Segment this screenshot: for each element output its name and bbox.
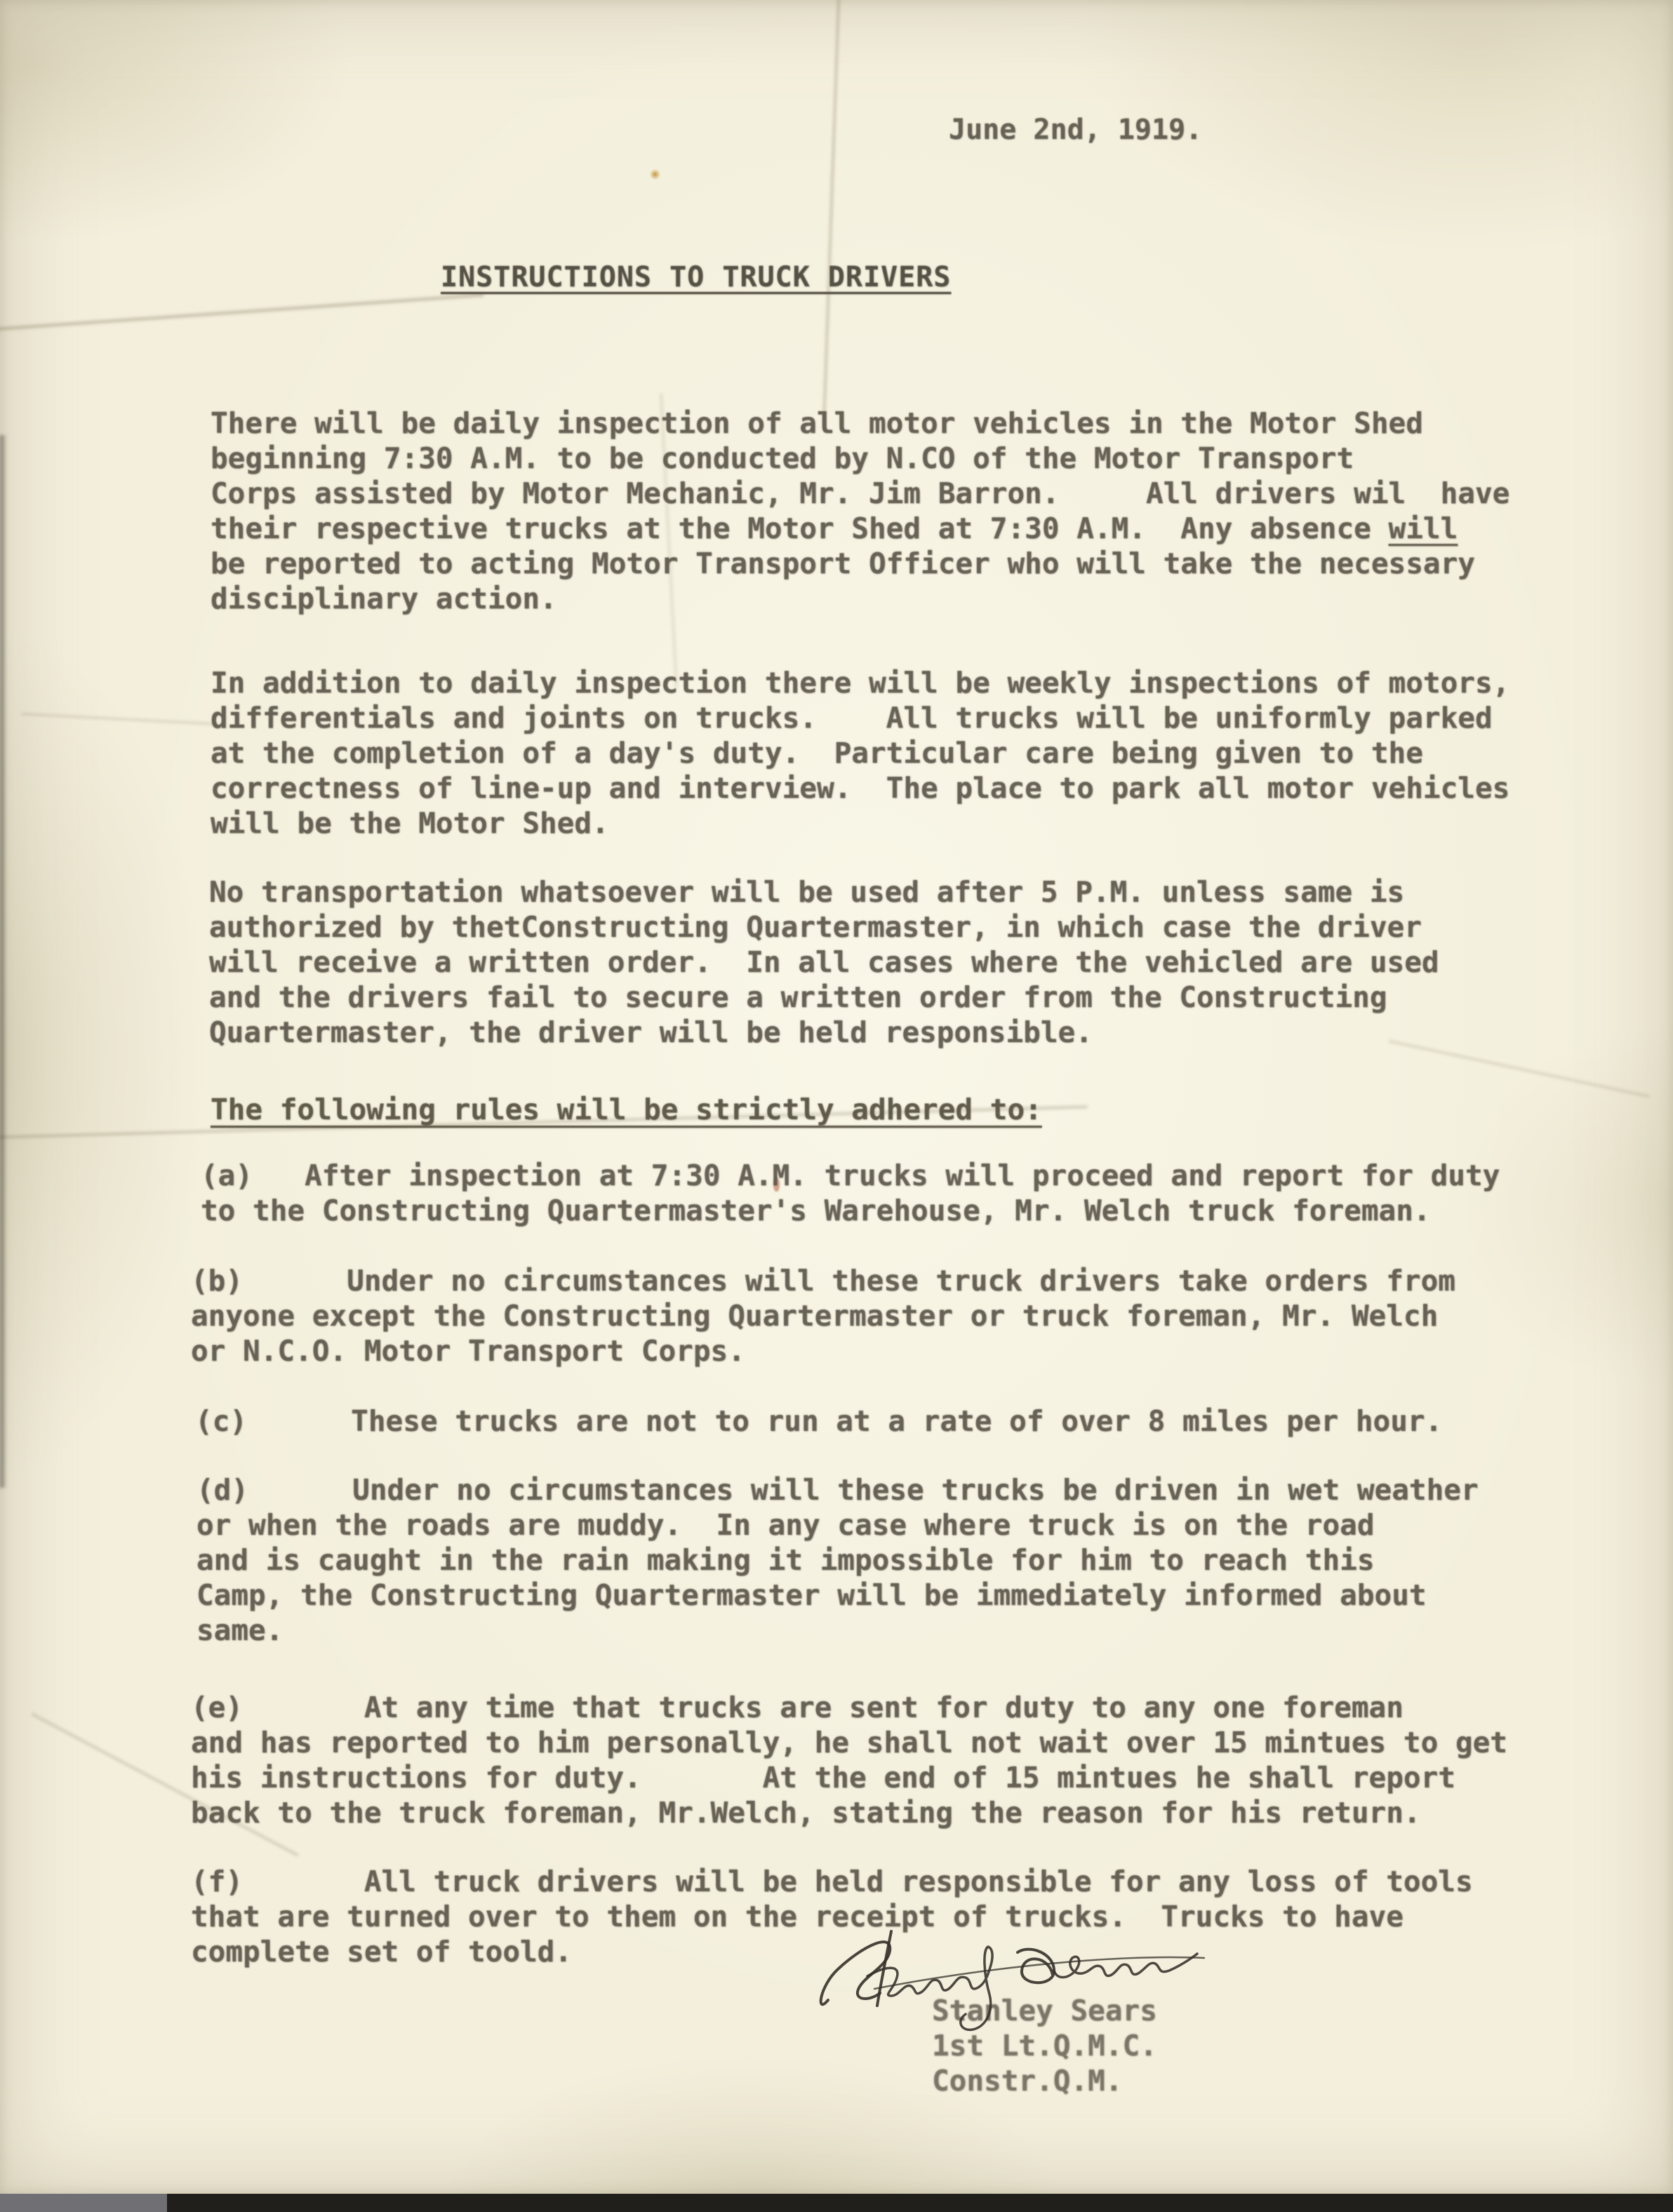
rule-f: (f) All truck drivers will be held respo… (191, 1864, 1473, 1969)
paragraph-weekly-inspection: In addition to daily inspection there wi… (211, 665, 1509, 841)
typed-line: authorized by thetConstructing Quarterma… (209, 910, 1439, 945)
typed-line: (f) All truck drivers will be held respo… (191, 1864, 1473, 1899)
typed-line: (b) Under no circumstances will these tr… (191, 1263, 1455, 1298)
typed-line: (a) After inspection at 7:30 A.M. trucks… (201, 1158, 1500, 1193)
paper-crease (21, 712, 218, 726)
typed-line: their respective trucks at the Motor She… (211, 511, 1509, 546)
typed-line: be reported to acting Motor Transport Of… (211, 546, 1509, 581)
rules-intro-line: The following rules will be strictly adh… (211, 1092, 1042, 1127)
signature-typed-block: Stanley Sears1st Lt.Q.M.C.Constr.Q.M. (932, 1993, 1157, 2098)
paragraph-transportation: No transportation whatsoever will be use… (209, 874, 1439, 1050)
typed-line: same. (196, 1613, 1479, 1648)
typed-line: differentials and joints on trucks. All … (211, 700, 1509, 735)
rule-b: (b) Under no circumstances will these tr… (191, 1263, 1455, 1368)
paragraph-daily-inspection: There will be daily inspection of all mo… (211, 406, 1509, 616)
typed-line: and is caught in the rain making it impo… (196, 1543, 1479, 1578)
typed-line: disciplinary action. (211, 581, 1509, 616)
typed-line: or N.C.O. Motor Transport Corps. (191, 1333, 1455, 1368)
paper-edge-shadow (0, 435, 7, 1488)
typed-line: Stanley Sears (932, 1993, 1157, 2028)
stain-mark (650, 168, 660, 180)
typed-line: Quartermaster, the driver will be held r… (209, 1015, 1439, 1050)
typed-line: and has reported to him personally, he s… (191, 1725, 1507, 1760)
typed-line: No transportation whatsoever will be use… (209, 874, 1439, 910)
typed-line: Corps assisted by Motor Mechanic, Mr. Ji… (211, 476, 1509, 511)
typed-line: There will be daily inspection of all mo… (211, 406, 1509, 441)
rule-d: (d) Under no circumstances will these tr… (196, 1472, 1479, 1648)
typed-line: that are turned over to them on the rece… (191, 1899, 1473, 1934)
date-line: June 2nd, 1919. (949, 112, 1202, 147)
scanner-edge (0, 2194, 1673, 2212)
paper-crease (0, 293, 484, 333)
scanner-edge-corner (0, 2194, 167, 2212)
rule-e: (e) At any time that trucks are sent for… (191, 1690, 1507, 1830)
rule-a: (a) After inspection at 7:30 A.M. trucks… (201, 1158, 1500, 1228)
typed-line: back to the truck foreman, Mr.Welch, sta… (191, 1795, 1507, 1830)
typed-line: (e) At any time that trucks are sent for… (191, 1690, 1507, 1725)
typed-line: In addition to daily inspection there wi… (211, 665, 1509, 700)
typed-line: correctness of line-up and interview. Th… (211, 771, 1509, 806)
paper-sheet: June 2nd, 1919. INSTRUCTIONS TO TRUCK DR… (0, 0, 1673, 2194)
typed-line: to the Constructing Quartermaster's Ware… (201, 1193, 1500, 1228)
typed-line: Constr.Q.M. (932, 2063, 1157, 2098)
document-title: INSTRUCTIONS TO TRUCK DRIVERS (441, 260, 951, 295)
typed-line: 1st Lt.Q.M.C. (932, 2028, 1157, 2063)
typed-line: will be the Motor Shed. (211, 806, 1509, 841)
typed-line: (c) These trucks are not to run at a rat… (195, 1404, 1442, 1439)
typed-line: anyone except the Constructing Quarterma… (191, 1298, 1455, 1333)
typed-line: or when the roads are muddy. In any case… (196, 1507, 1479, 1543)
scanned-document: June 2nd, 1919. INSTRUCTIONS TO TRUCK DR… (0, 0, 1673, 2212)
typed-line: and the drivers fail to secure a written… (209, 980, 1439, 1015)
paper-crease (822, 0, 841, 413)
typed-line: beginning 7:30 A.M. to be conducted by N… (211, 441, 1509, 476)
typed-line: Camp, the Constructing Quartermaster wil… (196, 1578, 1479, 1613)
typed-line: at the completion of a day's duty. Parti… (211, 735, 1509, 771)
typed-line: complete set of toold. (191, 1934, 1473, 1969)
rule-c: (c) These trucks are not to run at a rat… (195, 1404, 1442, 1439)
typed-line: (d) Under no circumstances will these tr… (196, 1472, 1479, 1507)
typed-line: his instructions for duty. At the end of… (191, 1760, 1507, 1795)
typed-line: will receive a written order. In all cas… (209, 945, 1439, 980)
